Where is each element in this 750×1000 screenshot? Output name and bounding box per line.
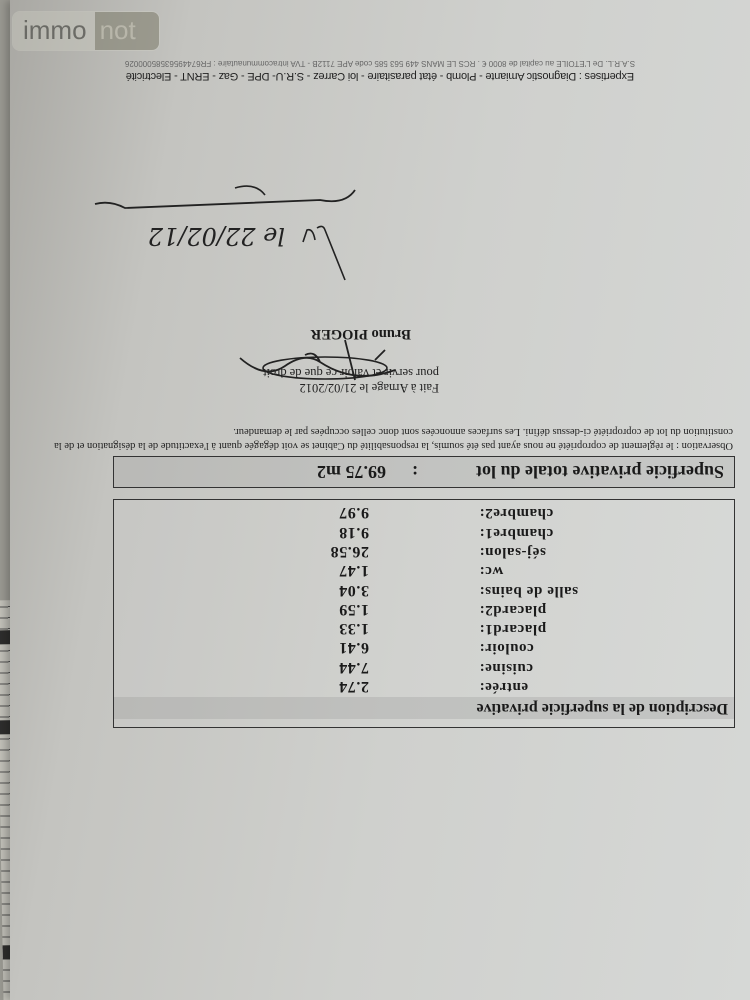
room-surface: 3.04 bbox=[339, 581, 369, 599]
observation-text: Observation : le règlement de copropriét… bbox=[43, 424, 733, 452]
room-list: entrée:2.74cuisine:7.44couloir:6.41placa… bbox=[114, 502, 734, 695]
room-surface: 9.18 bbox=[339, 523, 369, 541]
footer-company-info: S.A.R.L. De L'ETOILE au capital de 8000 … bbox=[100, 59, 660, 68]
room-surface: 9.97 bbox=[339, 503, 369, 521]
handwritten-initials-icon: le 22/02/12 bbox=[65, 180, 365, 300]
footer-services: Expertises : Diagnostic Amiante - Plomb … bbox=[100, 70, 660, 82]
room-row: salle de bains:3.04 bbox=[114, 579, 734, 598]
room-row: placard1:1.33 bbox=[114, 618, 734, 637]
room-label: placard2: bbox=[479, 601, 546, 618]
total-value: 69.75 m2 bbox=[317, 457, 386, 487]
handwritten-note: le 22/02/12 bbox=[148, 222, 285, 250]
description-title: Description de la superficie privative bbox=[114, 697, 734, 719]
document-content: Description de la superficie privative e… bbox=[10, 0, 750, 1000]
room-label: cuisine: bbox=[479, 659, 533, 676]
room-label: entrée: bbox=[479, 678, 528, 695]
room-surface: 1.33 bbox=[339, 619, 369, 637]
immonot-watermark-logo: immo not bbox=[12, 11, 160, 51]
room-row: séj-salon:26.58 bbox=[114, 541, 734, 560]
total-surface-box: Superficie privative totale du lot : 69.… bbox=[113, 456, 735, 488]
room-row: entrée:2.74 bbox=[114, 676, 734, 695]
room-surface: 1.47 bbox=[339, 561, 369, 579]
room-label: chambre1: bbox=[479, 524, 553, 541]
room-label: chambre2: bbox=[479, 504, 553, 521]
description-table: Description de la superficie privative e… bbox=[113, 499, 735, 728]
room-row: couloir:6.41 bbox=[114, 637, 734, 656]
room-row: wc:1.47 bbox=[114, 560, 734, 579]
room-row: cuisine:7.44 bbox=[114, 656, 734, 675]
room-surface: 2.74 bbox=[339, 677, 369, 695]
room-row: placard2:1.59 bbox=[114, 599, 734, 618]
room-label: wc: bbox=[479, 562, 503, 579]
room-label: séj-salon: bbox=[479, 543, 546, 560]
room-label: couloir: bbox=[479, 639, 534, 656]
total-label: Superficie privative totale du lot bbox=[476, 457, 724, 487]
room-surface: 6.41 bbox=[339, 638, 369, 656]
room-label: salle de bains: bbox=[479, 582, 578, 599]
total-separator: : bbox=[412, 457, 418, 487]
room-row: chambre2:9.97 bbox=[114, 502, 734, 521]
logo-part-immo: immo bbox=[13, 12, 95, 50]
room-label: placard1: bbox=[479, 620, 546, 637]
room-surface: 26.58 bbox=[330, 542, 369, 560]
room-row: chambre1:9.18 bbox=[114, 521, 734, 540]
logo-part-not: not bbox=[95, 12, 159, 50]
room-surface: 1.59 bbox=[339, 600, 369, 618]
room-surface: 7.44 bbox=[339, 658, 369, 676]
signature-icon bbox=[215, 320, 415, 410]
